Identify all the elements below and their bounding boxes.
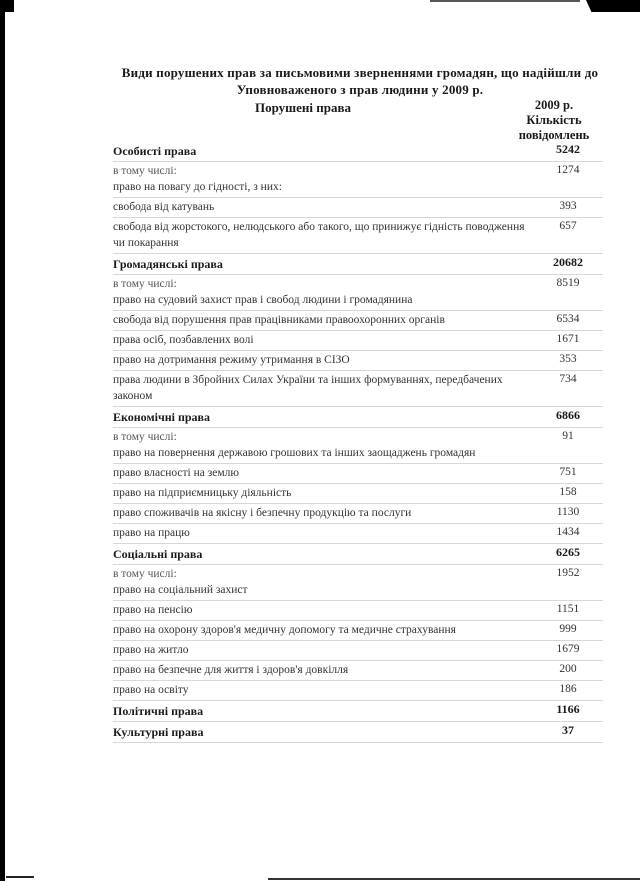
label-text: право споживачів на якісну і безпечну пр… xyxy=(113,507,411,519)
label-text: свобода від жорстокого, нелюдського або … xyxy=(113,221,525,249)
count-value: 20682 xyxy=(533,254,603,270)
label-text: Особисті права xyxy=(113,144,196,158)
label-text: права осіб, позбавлених волі xyxy=(113,334,254,346)
category-label: Особисті права xyxy=(113,141,533,161)
right-label: свобода від порушення прав працівниками … xyxy=(113,311,533,330)
category-label: Соціальні права xyxy=(113,544,533,564)
label-text: право власності на землю xyxy=(113,467,239,479)
table-row: свобода від жорстокого, нелюдського або … xyxy=(113,218,603,254)
right-label: право споживачів на якісну і безпечну пр… xyxy=(113,504,533,523)
category-row: Політичні права1166 xyxy=(113,701,603,722)
table-row: право на працю1434 xyxy=(113,524,603,544)
table-row: право на освіту186 xyxy=(113,681,603,701)
right-label: в тому числі:право на соціальний захист xyxy=(113,565,533,600)
count-value: 1679 xyxy=(533,641,603,657)
column-header-count-label: Кількість xyxy=(512,113,596,128)
right-label: право на безпечне для життя і здоров'я д… xyxy=(113,661,533,680)
table-row: право споживачів на якісну і безпечну пр… xyxy=(113,504,603,524)
scan-edge-left xyxy=(0,0,5,881)
right-label: право власності на землю xyxy=(113,464,533,483)
scan-artifact-top xyxy=(430,0,580,2)
label-text: Соціальні права xyxy=(113,547,202,561)
column-header-count: 2009 р. Кількість повідомлень xyxy=(512,98,596,143)
label-text: Політичні права xyxy=(113,704,203,718)
right-label: свобода від катувань xyxy=(113,198,533,217)
table-row: право на охорону здоров'я медичну допомо… xyxy=(113,621,603,641)
label-text: Культурні права xyxy=(113,725,203,739)
count-value: 999 xyxy=(533,621,603,637)
right-label: право на охорону здоров'я медичну допомо… xyxy=(113,621,533,640)
count-value: 734 xyxy=(533,371,603,387)
table-row: право на дотримання режиму утримання в С… xyxy=(113,351,603,371)
count-value: 393 xyxy=(533,198,603,214)
count-value: 158 xyxy=(533,484,603,500)
table-row: право на підприємницьку діяльність158 xyxy=(113,484,603,504)
rights-table: Особисті права5242в тому числі:право на … xyxy=(113,141,603,743)
table-row: в тому числі:право на повагу до гідності… xyxy=(113,162,603,198)
category-row: Культурні права37 xyxy=(113,722,603,743)
table-row: право на житло1679 xyxy=(113,641,603,661)
count-value: 91 xyxy=(533,428,603,444)
label-text: свобода від порушення прав працівниками … xyxy=(113,314,445,326)
table-row: право на безпечне для життя і здоров'я д… xyxy=(113,661,603,681)
label-text: свобода від катувань xyxy=(113,201,214,213)
table-row: в тому числі:право на соціальний захист1… xyxy=(113,565,603,601)
category-label: Економічні права xyxy=(113,407,533,427)
including-prefix: в тому числі: xyxy=(113,163,533,179)
label-text: право на освіту xyxy=(113,684,189,696)
table-row: в тому числі:право на судовий захист пра… xyxy=(113,275,603,311)
right-label: право на освіту xyxy=(113,681,533,700)
count-value: 657 xyxy=(533,218,603,234)
right-label: право на підприємницьку діяльність xyxy=(113,484,533,503)
count-value: 5242 xyxy=(533,141,603,157)
category-row: Соціальні права6265 xyxy=(113,544,603,565)
label-text: право на охорону здоров'я медичну допомо… xyxy=(113,624,456,636)
scan-corner-top-left xyxy=(0,0,14,12)
label-text: права людини в Збройних Силах України та… xyxy=(113,374,503,402)
category-row: Економічні права6866 xyxy=(113,407,603,428)
scan-corner-top-right xyxy=(586,0,640,12)
count-value: 200 xyxy=(533,661,603,677)
count-value: 1274 xyxy=(533,162,603,178)
table-row: права осіб, позбавлених волі1671 xyxy=(113,331,603,351)
count-value: 186 xyxy=(533,681,603,697)
column-header-violated-rights: Порушені права xyxy=(255,100,351,116)
right-label: в тому числі:право на судовий захист пра… xyxy=(113,275,533,310)
right-label: права людини в Збройних Силах України та… xyxy=(113,371,533,406)
label-text: Економічні права xyxy=(113,410,210,424)
label-text: право на повернення державою грошових та… xyxy=(113,447,475,459)
table-row: права людини в Збройних Силах України та… xyxy=(113,371,603,407)
right-label: в тому числі:право на повагу до гідності… xyxy=(113,162,533,197)
count-value: 1952 xyxy=(533,565,603,581)
table-row: право власності на землю751 xyxy=(113,464,603,484)
right-label: свобода від жорстокого, нелюдського або … xyxy=(113,218,533,253)
including-prefix: в тому числі: xyxy=(113,429,533,445)
right-label: право на дотримання режиму утримання в С… xyxy=(113,351,533,370)
scan-artifact-bottom-left xyxy=(6,876,34,878)
label-text: право на пенсію xyxy=(113,604,192,616)
category-row: Особисті права5242 xyxy=(113,141,603,162)
label-text: право на підприємницьку діяльність xyxy=(113,487,291,499)
count-value: 1434 xyxy=(533,524,603,540)
count-value: 37 xyxy=(533,722,603,738)
label-text: право на житло xyxy=(113,644,188,656)
right-label: права осіб, позбавлених волі xyxy=(113,331,533,350)
category-label: Культурні права xyxy=(113,722,533,742)
right-label: в тому числі:право на повернення державо… xyxy=(113,428,533,463)
count-value: 1671 xyxy=(533,331,603,347)
right-label: право на житло xyxy=(113,641,533,660)
scan-edge-bottom xyxy=(268,878,640,880)
count-value: 751 xyxy=(533,464,603,480)
label-text: право на безпечне для життя і здоров'я д… xyxy=(113,664,348,676)
count-value: 1166 xyxy=(533,701,603,717)
including-prefix: в тому числі: xyxy=(113,276,533,292)
count-value: 6534 xyxy=(533,311,603,327)
document-title: Види порушених прав за письмовими зверне… xyxy=(110,64,610,98)
table-row: свобода від катувань393 xyxy=(113,198,603,218)
label-text: Громадянські права xyxy=(113,257,223,271)
count-value: 8519 xyxy=(533,275,603,291)
title-line-1: Види порушених прав за письмовими зверне… xyxy=(110,64,610,81)
right-label: право на працю xyxy=(113,524,533,543)
category-label: Громадянські права xyxy=(113,254,533,274)
title-line-2: Уповноваженого з прав людини у 2009 р. xyxy=(110,81,610,98)
table-row: свобода від порушення прав працівниками … xyxy=(113,311,603,331)
table-row: право на пенсію1151 xyxy=(113,601,603,621)
right-label: право на пенсію xyxy=(113,601,533,620)
category-row: Громадянські права20682 xyxy=(113,254,603,275)
category-label: Політичні права xyxy=(113,701,533,721)
count-value: 6866 xyxy=(533,407,603,423)
label-text: право на дотримання режиму утримання в С… xyxy=(113,354,350,366)
table-row: в тому числі:право на повернення державо… xyxy=(113,428,603,464)
label-text: право на соціальний захист xyxy=(113,584,248,596)
label-text: право на судовий захист прав і свобод лю… xyxy=(113,294,412,306)
count-value: 6265 xyxy=(533,544,603,560)
including-prefix: в тому числі: xyxy=(113,566,533,582)
count-value: 1130 xyxy=(533,504,603,520)
count-value: 353 xyxy=(533,351,603,367)
count-value: 1151 xyxy=(533,601,603,617)
label-text: право на працю xyxy=(113,527,190,539)
label-text: право на повагу до гідності, з них: xyxy=(113,181,282,193)
column-header-year: 2009 р. xyxy=(512,98,596,113)
